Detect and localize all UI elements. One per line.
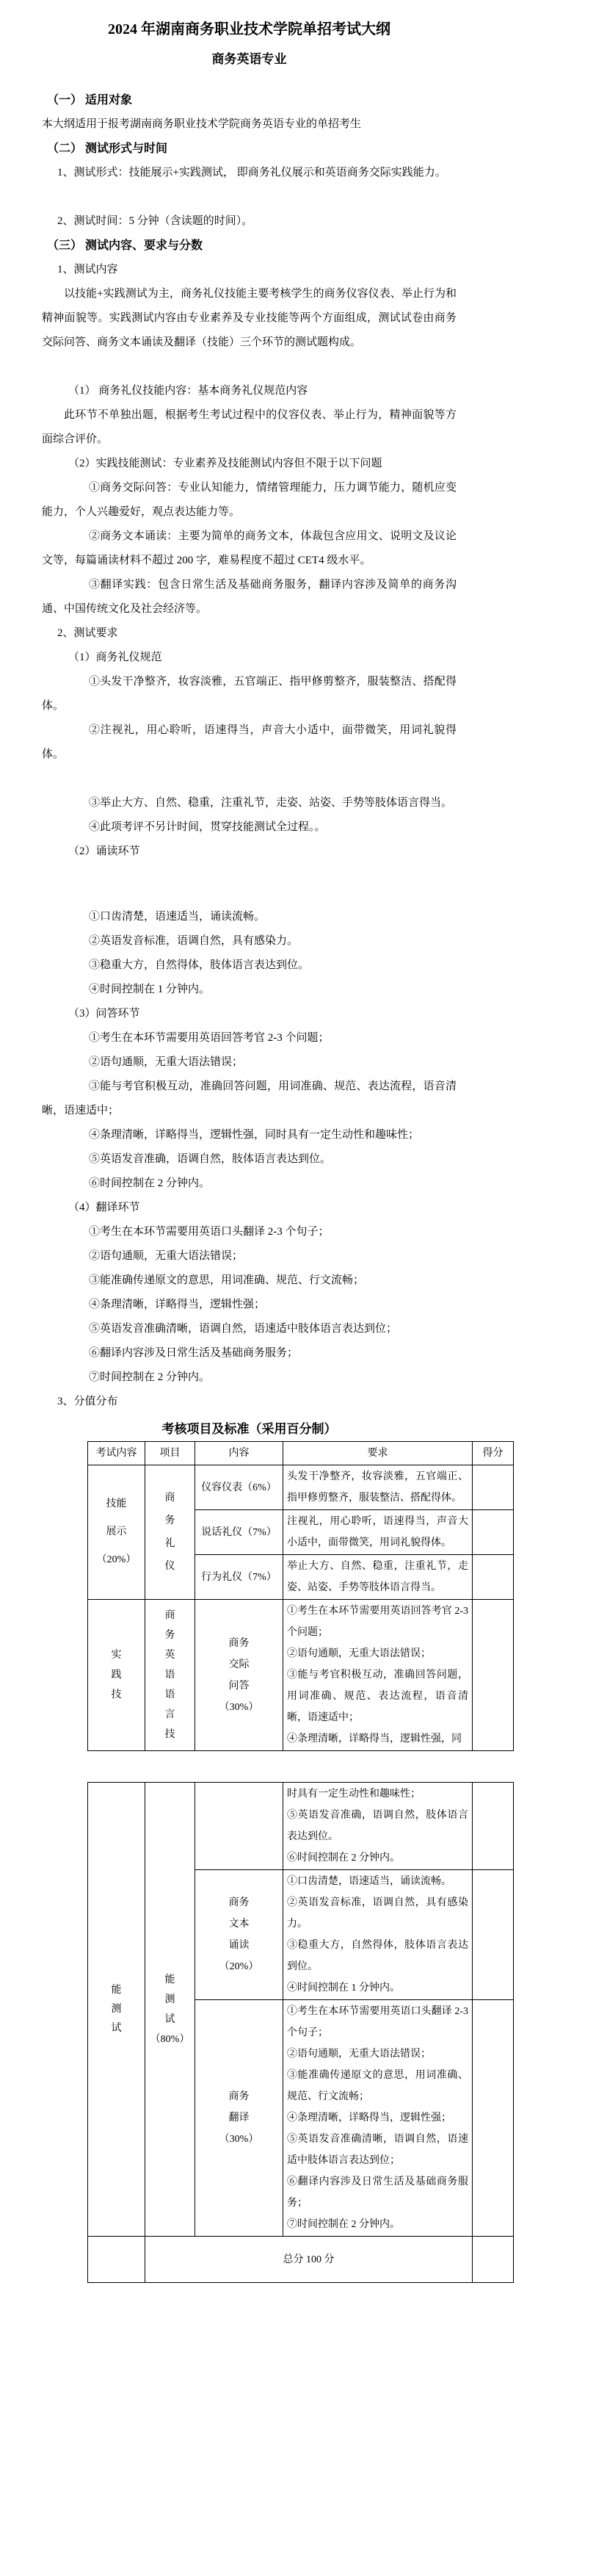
doc-list-item: ⑤英语发音准确，语调自然，肢体语言表达到位。: [42, 1147, 457, 1172]
cell-content-blank: [195, 1783, 283, 1870]
document-page: 2024 年湖南商务职业技术学院单招考试大纲 商务英语专业 （一） 适用对象 本…: [0, 0, 607, 2576]
cell-score-blank: [473, 2237, 514, 2283]
doc-list-item: ①考生在本环节需要用英语回答考官 2-3 个问题；: [42, 1026, 457, 1050]
cell-total-score: 总分 100 分: [145, 2237, 473, 2283]
cell-requirement: 举止大方、自然、稳重，注重礼节，走姿、站姿、手势等肢体语言得当。: [283, 1555, 473, 1600]
doc-list-item: 1、测试形式：技能展示+实践测试， 即商务礼仪展示和英语商务交际实践能力。: [42, 161, 457, 185]
doc-list-item: 1、测试内容: [42, 258, 457, 282]
column-header-content: 内容: [195, 1442, 283, 1465]
column-header-project: 项目: [145, 1442, 195, 1465]
score-table-part1: 考试内容 项目 内容 要求 得分 技能 展示 （20%） 商 务 礼 仪 仪容仪…: [87, 1441, 514, 1751]
doc-list-item: 2、测试时间：5 分钟（含读题的时间）。: [42, 209, 457, 234]
table-caption: 考核项目及标准（采用百分制）: [42, 1417, 457, 1441]
doc-list-item: （2）诵读环节: [42, 840, 457, 864]
section-heading: （二） 测试形式与时间: [42, 137, 457, 161]
section-heading: （三） 测试内容、要求与分数: [42, 234, 457, 258]
doc-list-item: （2）实践技能测试：专业素养及技能测试内容但不限于以下问题: [42, 452, 457, 476]
cell-score-blank: [473, 1465, 514, 1510]
cell-content-text-reading: 商务 文本 诵读 （20%）: [195, 1870, 283, 2000]
cell-exam-content-practical-part1: 实 践 技: [88, 1600, 145, 1751]
doc-list-item: （4）翻译环节: [42, 1196, 457, 1220]
cell-score-blank: [473, 1510, 514, 1555]
cell-score-blank: [473, 1783, 514, 1870]
doc-list-item: ①口齿清楚，语速适当，诵读流畅。: [42, 905, 457, 929]
doc-list-item: ①考生在本环节需要用英语口头翻译 2-3 个句子；: [42, 1220, 457, 1244]
doc-list-item: ②注视礼，用心聆听，语速得当，声音大小适中，面带微笑，用词礼貌得体。: [42, 718, 457, 767]
cell-project-business-etiquette: 商 务 礼 仪: [145, 1465, 195, 1600]
doc-list-item: ①商务交际问答：专业认知能力，情绪管理能力，压力调节能力，随机应变能力，个人兴趣…: [42, 476, 457, 524]
doc-paragraph: 本大纲适用于报考湖南商务职业技术学院商务英语专业的单招考生: [42, 112, 457, 137]
column-header-requirement: 要求: [283, 1442, 473, 1465]
doc-list-item: 3、分值分布: [42, 1390, 457, 1414]
score-table-part2: 能 测 试 能 测 试 （80%） 时具有一定生动性和趣味性； ⑤英语发音准确，…: [87, 1782, 514, 2283]
cell-project-business-english-part2: 能 测 试 （80%）: [145, 1783, 195, 2237]
document-title: 2024 年湖南商务职业技术学院单招考试大纲: [42, 19, 457, 40]
table-row: 总分 100 分: [88, 2237, 514, 2283]
doc-list-item: ④此项考评不另计时间，贯穿技能测试全过程。。: [42, 815, 457, 840]
cell-score-blank: [473, 1600, 514, 1751]
doc-list-item: ⑥翻译内容涉及日常生活及基础商务服务；: [42, 1341, 457, 1365]
document-body: （一） 适用对象 本大纲适用于报考湖南商务职业技术学院商务英语专业的单招考生 （…: [42, 88, 457, 1414]
cell-content-speaking-etiquette: 说话礼仪（7%）: [195, 1510, 283, 1555]
doc-list-item: ①头发干净整齐，妆容淡雅，五官端正、指甲修剪整齐，服装整洁、搭配得体。: [42, 670, 457, 718]
doc-list-item: ⑤英语发音准确清晰，语调自然，语速适中肢体语言表达到位；: [42, 1317, 457, 1341]
doc-list-item: ④条理清晰，详略得当，逻辑性强，同时具有一定生动性和趣味性；: [42, 1123, 457, 1147]
cell-requirement: ①口齿清楚，语速适当，诵读流畅。 ②英语发音标准，语调自然，具有感染力。 ③稳重…: [283, 1870, 473, 2000]
cell-project-business-english-part1: 商 务 英 语 语 言 技: [145, 1600, 195, 1751]
doc-list-item: ②商务文本诵读：主要为简单的商务文本，体裁包含应用文、说明文及议论文等，每篇诵读…: [42, 524, 457, 573]
document-subtitle: 商务英语专业: [42, 50, 457, 69]
cell-score-blank: [473, 2000, 514, 2237]
cell-content-behavior-etiquette: 行为礼仪（7%）: [195, 1555, 283, 1600]
column-header-exam-content: 考试内容: [88, 1442, 145, 1465]
doc-list-item: ④条理清晰，详略得当，逻辑性强；: [42, 1293, 457, 1317]
doc-list-item: 2、测试要求: [42, 621, 457, 646]
doc-list-item: ③能与考官积极互动，准确回答问题，用词准确、规范、表达流程，语音清晰，语速适中；: [42, 1075, 457, 1123]
doc-paragraph: 以技能+实践测试为主，商务礼仪技能主要考核学生的商务仪容仪表、举止行为和精神面貌…: [42, 282, 457, 355]
cell-requirement: 注视礼，用心聆听，语速得当，声音大小适中，面带微笑，用词礼貌得体。: [283, 1510, 473, 1555]
section-heading: （一） 适用对象: [42, 88, 457, 112]
doc-list-item: ③翻译实践：包含日常生活及基础商务服务，翻译内容涉及简单的商务沟通、中国传统文化…: [42, 573, 457, 621]
column-header-score: 得分: [473, 1442, 514, 1465]
cell-requirement-continued: 时具有一定生动性和趣味性； ⑤英语发音准确，语调自然，肢体语言表达到位。 ⑥时间…: [283, 1783, 473, 1870]
table-row: 技能 展示 （20%） 商 务 礼 仪 仪容仪表（6%） 头发干净整齐，妆容淡雅…: [88, 1465, 514, 1510]
doc-list-item: （1） 商务礼仪技能内容：基本商务礼仪规范内容: [42, 379, 457, 403]
doc-list-item: ③能准确传递原文的意思，用词准确、规范、行文流畅；: [42, 1269, 457, 1293]
table-row: 实 践 技 商 务 英 语 语 言 技 商务 交际 问答 （30%） ①考生在本…: [88, 1600, 514, 1751]
doc-list-item: （1）商务礼仪规范: [42, 646, 457, 670]
cell-exam-content-practical-part2: 能 测 试: [88, 1783, 145, 2237]
doc-list-item: ③稳重大方，自然得体，肢体语言表达到位。: [42, 953, 457, 978]
cell-content-appearance: 仪容仪表（6%）: [195, 1465, 283, 1510]
doc-list-item: ②英语发音标准，语调自然，具有感染力。: [42, 929, 457, 953]
cell-exam-content-blank: [88, 2237, 145, 2283]
doc-list-item: ③举止大方、自然、稳重，注重礼节，走姿、站姿、手势等肢体语言得当。: [42, 791, 457, 815]
doc-list-item: ④时间控制在 1 分钟内。: [42, 978, 457, 1002]
doc-list-item: ②语句通顺，无重大语法错误；: [42, 1050, 457, 1075]
doc-list-item: ⑥时间控制在 2 分钟内。: [42, 1172, 457, 1196]
cell-content-communication-qa: 商务 交际 问答 （30%）: [195, 1600, 283, 1751]
cell-requirement: ①考生在本环节需要用英语口头翻译 2-3 个句子； ②语句通顺，无重大语法错误；…: [283, 2000, 473, 2237]
cell-requirement: 头发干净整齐，妆容淡雅，五官端正、指甲修剪整齐，服装整洁、搭配得体。: [283, 1465, 473, 1510]
doc-list-item: ⑦时间控制在 2 分钟内。: [42, 1365, 457, 1390]
cell-exam-content-skill-display: 技能 展示 （20%）: [88, 1465, 145, 1600]
table-row: 能 测 试 能 测 试 （80%） 时具有一定生动性和趣味性； ⑤英语发音准确，…: [88, 1783, 514, 1870]
doc-list-item: ②语句通顺，无重大语法错误；: [42, 1244, 457, 1269]
doc-list-item: （3）问答环节: [42, 1002, 457, 1026]
table-header-row: 考试内容 项目 内容 要求 得分: [88, 1442, 514, 1465]
doc-paragraph: 此环节不单独出题，根据考生考试过程中的仪容仪表、举止行为，精神面貌等方面综合评价…: [42, 403, 457, 452]
cell-requirement: ①考生在本环节需要用英语回答考官 2-3 个问题； ②语句通顺，无重大语法错误；…: [283, 1600, 473, 1751]
cell-score-blank: [473, 1555, 514, 1600]
document-content: 2024 年湖南商务职业技术学院单招考试大纲 商务英语专业 （一） 适用对象 本…: [0, 0, 607, 2283]
cell-score-blank: [473, 1870, 514, 2000]
cell-content-translation: 商务 翻译 （30%）: [195, 2000, 283, 2237]
